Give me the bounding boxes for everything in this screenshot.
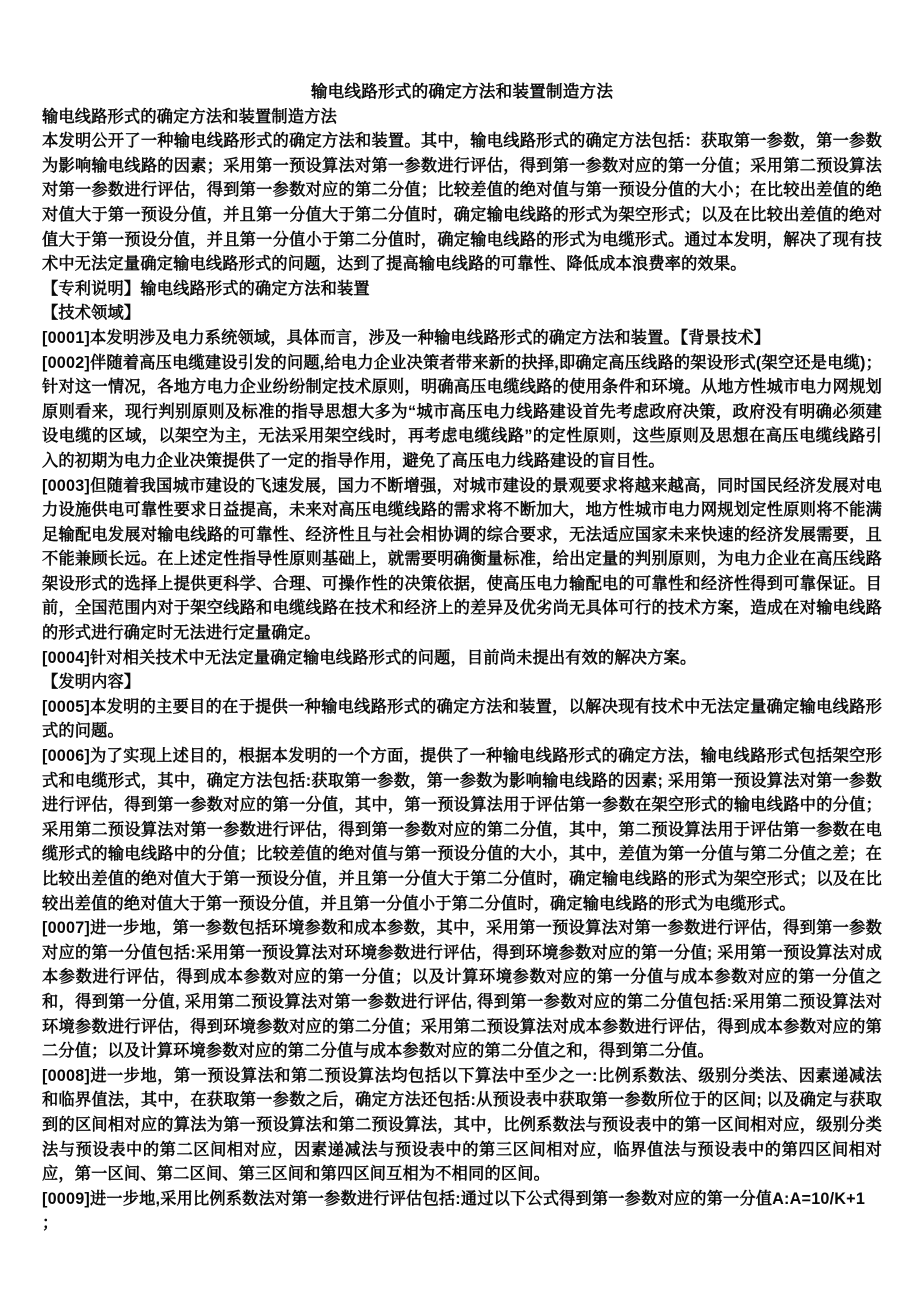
patent-document-page: 输电线路形式的确定方法和装置制造方法 输电线路形式的确定方法和装置制造方法 本发… bbox=[0, 0, 920, 1302]
paragraph-0009: [0009]进一步地,采用比例系数法对第一参数进行评估包括:通过以下公式得到第一… bbox=[42, 1187, 882, 1236]
paragraph-0001: [0001]本发明涉及电力系统领域，具体而言，涉及一种输电线路形式的确定方法和装… bbox=[42, 326, 882, 351]
document-heading: 输电线路形式的确定方法和装置制造方法 bbox=[42, 105, 882, 130]
paragraph-0006: [0006]为了实现上述目的，根据本发明的一个方面，提供了一种输电线路形式的确定… bbox=[42, 744, 882, 916]
section-heading-invention-content: 【发明内容】 bbox=[42, 670, 882, 695]
paragraph-0004: [0004]针对相关技术中无法定量确定输电线路形式的问题，目前尚未提出有效的解决… bbox=[42, 646, 882, 671]
paragraph-0003: [0003]但随着我国城市建设的飞速发展，国力不断增强，对城市建设的景观要求将越… bbox=[42, 474, 882, 646]
abstract-paragraph: 本发明公开了一种输电线路形式的确定方法和装置。其中，输电线路形式的确定方法包括：… bbox=[42, 129, 882, 277]
section-heading-technical-field: 【技术领域】 bbox=[42, 301, 882, 326]
document-title: 输电线路形式的确定方法和装置制造方法 bbox=[42, 80, 882, 105]
paragraph-0002: [0002]伴随着高压电缆建设引发的问题,给电力企业决策者带来新的抉择,即确定高… bbox=[42, 351, 882, 474]
paragraph-0007: [0007]进一步地，第一参数包括环境参数和成本参数，其中，采用第一预设算法对第… bbox=[42, 916, 882, 1064]
paragraph-0008: [0008]进一步地，第一预设算法和第二预设算法均包括以下算法中至少之一:比例系… bbox=[42, 1064, 882, 1187]
paragraph-0005: [0005]本发明的主要目的在于提供一种输电线路形式的确定方法和装置，以解决现有… bbox=[42, 695, 882, 744]
patent-description-line: 【专利说明】输电线路形式的确定方法和装置 bbox=[42, 277, 882, 302]
